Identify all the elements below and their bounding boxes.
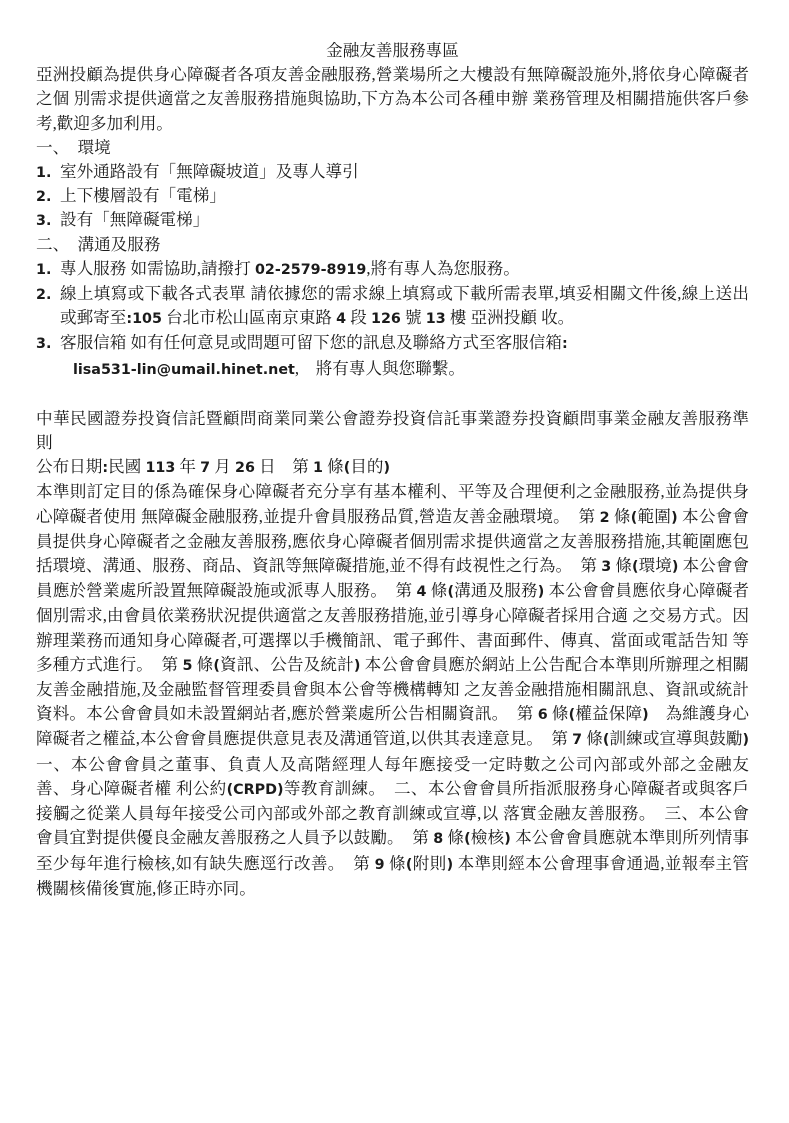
section-communication-heading: 二、 溝通及服務 bbox=[36, 233, 749, 257]
list-item-service-phone: 1. 專人服務 如需協助,請撥打 02-2579-8919,將有專人為您服務。 bbox=[36, 257, 749, 282]
section-environment-heading: 一、 環境 bbox=[36, 136, 749, 160]
list-item-service-forms: 2. 線上填寫或下載各式表單 請依據您的需求線上填寫或下載所需表單,填妥相關文件… bbox=[36, 282, 749, 331]
list-number: 2. bbox=[36, 282, 51, 307]
regulation-date-line: 公布日期:民國 113 年 7 月 26 日 第 1 條(目的) bbox=[36, 455, 749, 480]
list-number: 1. bbox=[36, 160, 51, 185]
phone-service-text: 專人服務 如需協助,請撥打 02-2579-8919,將有專人為您服務。 bbox=[60, 257, 749, 282]
intro-paragraph: 亞洲投顧為提供身心障礙者各項友善金融服務,營業場所之大樓設有無障礙設施外,將依身… bbox=[36, 63, 749, 136]
list-number: 1. bbox=[36, 257, 51, 282]
list-item-environment-1: 1. 室外通路設有「無障礙坡道」及專人導引 bbox=[36, 160, 749, 184]
document-page: 金融友善服務專區 亞洲投顧為提供身心障礙者各項友善金融服務,營業場所之大樓設有無… bbox=[0, 0, 789, 1123]
list-number: 2. bbox=[36, 184, 51, 209]
list-number: 3. bbox=[36, 208, 51, 233]
list-item-text: 上下樓層設有「電梯」 bbox=[60, 184, 749, 208]
list-item-text: 設有「無障礙電梯」 bbox=[60, 208, 749, 232]
regulation-title: 中華民國證券投資信託暨顧問商業同業公會證券投資信託事業證券投資顧問事業金融友善服… bbox=[36, 407, 749, 455]
list-item-environment-3: 3. 設有「無障礙電梯」 bbox=[36, 208, 749, 232]
blank-line bbox=[36, 382, 749, 407]
page-title: 金融友善服務專區 bbox=[36, 39, 749, 63]
list-item-text: 室外通路設有「無障礙坡道」及專人導引 bbox=[60, 160, 749, 184]
list-item-environment-2: 2. 上下樓層設有「電梯」 bbox=[36, 184, 749, 208]
regulation-body: 本準則訂定目的係為確保身心障礙者充分享有基本權利、平等及合理便利之金融服務,並為… bbox=[36, 480, 749, 900]
customer-service-mailbox-text: 客服信箱 如有任何意見或問題可留下您的訊息及聯絡方式至客服信箱: bbox=[60, 331, 749, 356]
forms-mailing-text: 線上填寫或下載各式表單 請依據您的需求線上填寫或下載所需表單,填妥相關文件後,線… bbox=[60, 282, 749, 331]
list-number: 3. bbox=[36, 331, 51, 356]
customer-service-email: lisa531-lin@umail.hinet.net, 將有專人與您聯繫。 bbox=[73, 357, 749, 382]
list-item-service-mailbox: 3. 客服信箱 如有任何意見或問題可留下您的訊息及聯絡方式至客服信箱: lisa… bbox=[36, 331, 749, 381]
